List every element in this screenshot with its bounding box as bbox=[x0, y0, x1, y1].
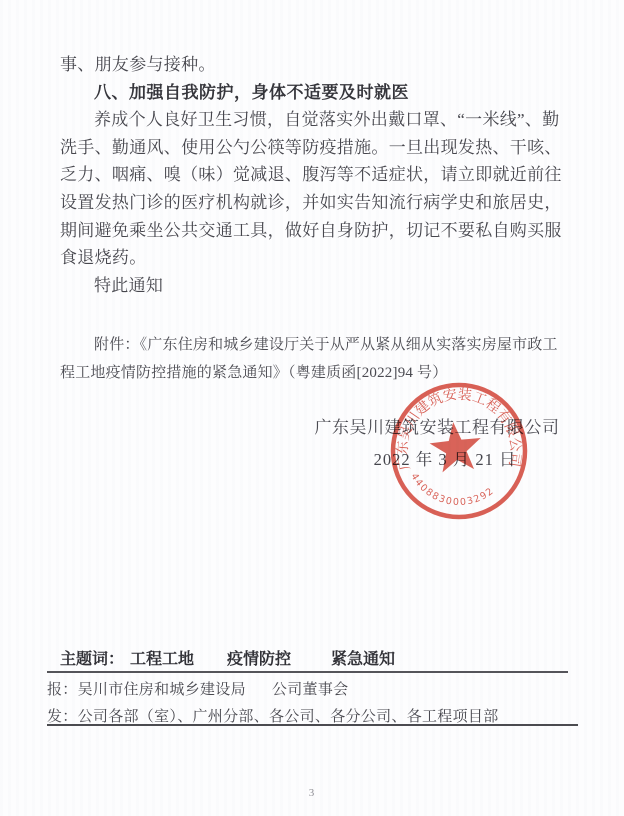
divider-rule bbox=[47, 724, 578, 726]
keyword: 工程工地 bbox=[130, 646, 194, 669]
distribute-label: 发： bbox=[47, 709, 78, 725]
distribute-row: 发：公司各部（室）、广州分部、各公司、各分公司、各工程项目部 bbox=[47, 705, 499, 726]
body-line: 洗手、勤通风、使用公勺公筷等防疫措施。一旦出现发热、干咳、 bbox=[60, 134, 566, 162]
report-label: 报： bbox=[47, 682, 78, 698]
section-heading: 八、加强自我防护，身体不适要及时就医 bbox=[60, 79, 566, 107]
attachment-line: 附件：《广东住房和城乡建设厅关于从严从紧从细从实落实房屋市政工 bbox=[60, 332, 572, 360]
keyword: 疫情防控 bbox=[227, 646, 291, 669]
body-line: 乏力、咽痛、嗅（味）觉减退、腹泻等不适症状，请立即就近前往 bbox=[60, 161, 566, 189]
keyword: 紧急通知 bbox=[331, 646, 395, 669]
body-line: 设置发热门诊的医疗机构就诊，并如实告知流行病学史和旅居史， bbox=[60, 189, 566, 217]
scanned-notice-page: 事、朋友参与接种。 八、加强自我防护，身体不适要及时就医 养成个人良好卫生习惯，… bbox=[0, 0, 624, 816]
page-number: 3 bbox=[0, 787, 624, 799]
keywords-row: 主题词：工程工地疫情防控紧急通知 bbox=[60, 646, 395, 669]
closing-line: 特此通知 bbox=[60, 272, 566, 300]
divider-rule bbox=[47, 671, 568, 673]
report-item: 公司董事会 bbox=[272, 678, 349, 699]
distribute-text: 公司各部（室）、广州分部、各公司、各分公司、各工程项目部 bbox=[78, 709, 499, 725]
official-seal: 广东吴川建筑安装工程有限公司 4408830003292 bbox=[384, 376, 534, 526]
report-item: 吴川市住房和城乡建设局 bbox=[78, 682, 246, 698]
body-line: 养成个人良好卫生习惯，自觉落实外出戴口罩、“一米线”、勤 bbox=[60, 106, 566, 134]
report-row: 报：吴川市住房和城乡建设局公司董事会 bbox=[47, 678, 348, 699]
notice-body: 事、朋友参与接种。 八、加强自我防护，身体不适要及时就医 养成个人良好卫生习惯，… bbox=[60, 51, 566, 299]
body-line: 事、朋友参与接种。 bbox=[60, 51, 566, 79]
seal-star-icon bbox=[428, 419, 484, 473]
body-line: 食退烧药。 bbox=[60, 244, 566, 272]
keywords-label: 主题词： bbox=[60, 646, 124, 669]
body-line: 期间避免乘坐公共交通工具，做好自身防护，切记不要私自购买服 bbox=[60, 217, 566, 245]
